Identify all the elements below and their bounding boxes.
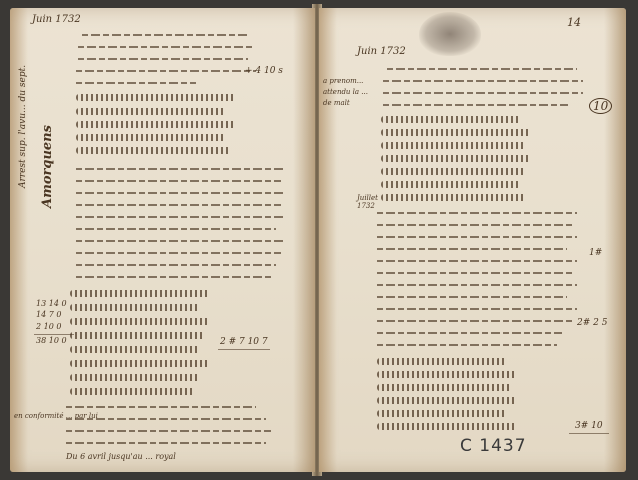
text-line [76, 252, 281, 254]
archive-reference: C 1437 [460, 436, 527, 456]
entry-line [377, 358, 507, 365]
text-line [377, 212, 577, 214]
text-line [387, 68, 577, 70]
entry-line [377, 397, 517, 404]
text-line [76, 82, 196, 84]
text-line [377, 272, 572, 274]
text-line [377, 296, 567, 298]
entry-line [381, 155, 531, 162]
margin-sum-2: 14 7 0 [36, 310, 61, 319]
entry-line [377, 410, 507, 417]
entry-line [377, 423, 517, 430]
text-line [82, 34, 247, 36]
text-line [377, 332, 562, 334]
entry-line [76, 121, 236, 128]
text-line [76, 276, 271, 278]
margin-total: 2 # 7 10 7 [220, 337, 268, 347]
text-line [76, 264, 276, 266]
text-line [76, 168, 286, 170]
text-line [76, 70, 256, 72]
text-line [78, 58, 248, 60]
right-margin-note-1: 1# [589, 248, 602, 258]
text-line [66, 442, 266, 444]
entry-line [377, 384, 512, 391]
text-line [76, 180, 281, 182]
entry-line [381, 168, 526, 175]
text-line [377, 344, 557, 346]
text-line [76, 240, 286, 242]
side-date: Juillet 1732 [357, 194, 381, 210]
total-rule [218, 349, 270, 350]
text-line [377, 260, 577, 262]
margin-note: a prenom... attendu la ... de malt [323, 76, 373, 109]
entry-line [70, 304, 200, 311]
text-line [76, 216, 286, 218]
text-line [383, 92, 583, 94]
left-page: Juin 1732 Arrest sup. l'avu... du sept. … [10, 8, 315, 472]
entry-line [70, 290, 210, 297]
folio-number: 14 [567, 16, 581, 29]
total-rule [569, 433, 609, 434]
text-line [377, 236, 577, 238]
text-line [383, 80, 583, 82]
entry-line [76, 94, 236, 101]
text-line [377, 248, 567, 250]
bottom-right-note: 3# 10 [575, 421, 603, 431]
header-date: Juin 1732 [357, 46, 406, 57]
text-line [66, 406, 256, 408]
entry-line [381, 116, 521, 123]
margin-signature: Amorquens [40, 125, 55, 208]
entry-line [70, 360, 210, 367]
entry-line [70, 388, 195, 395]
header-date: Juin 1732 [32, 14, 81, 25]
text-line [76, 192, 286, 194]
margin-sum-3: 2 10 0 [36, 322, 61, 331]
text-line [76, 204, 281, 206]
manuscript-spread: Juin 1732 Arrest sup. l'avu... du sept. … [0, 0, 638, 480]
entry-line [70, 374, 200, 381]
margin-sum-1: 13 14 0 [36, 298, 67, 309]
right-margin-note-2: 2# 2 5 [577, 318, 607, 328]
text-line [377, 320, 572, 322]
bottom-margin-note: en conformité ... par lui [14, 412, 98, 420]
entry-line [70, 346, 200, 353]
margin-sum-total: 38 10 0 [36, 336, 67, 345]
page-edge-stain [604, 8, 626, 472]
text-line [76, 228, 276, 230]
text-line [377, 224, 572, 226]
entry-line [381, 142, 526, 149]
entry-line [70, 318, 210, 325]
entry-line [70, 332, 205, 339]
text-line [383, 104, 568, 106]
page-edge-stain [293, 8, 315, 472]
entry-line [381, 181, 521, 188]
right-page: 14 Juin 1732 a prenom... attendu la ... … [319, 8, 626, 472]
stamp-seal-icon [419, 12, 481, 56]
entry-line [76, 147, 231, 154]
bottom-text: Du 6 avril jusqu'au ... royal [66, 452, 176, 461]
entry-line [381, 194, 526, 201]
entry-line [76, 108, 226, 115]
entry-line [381, 129, 531, 136]
text-line [66, 430, 271, 432]
entry-line [76, 134, 226, 141]
margin-vertical-note: Arrest sup. l'avu... du sept. [18, 65, 28, 188]
sum-rule [34, 334, 74, 335]
text-line [78, 46, 253, 48]
entry-line [377, 371, 517, 378]
margin-amount: + 4 10 s [245, 66, 283, 76]
text-line [377, 308, 577, 310]
text-line [377, 284, 577, 286]
